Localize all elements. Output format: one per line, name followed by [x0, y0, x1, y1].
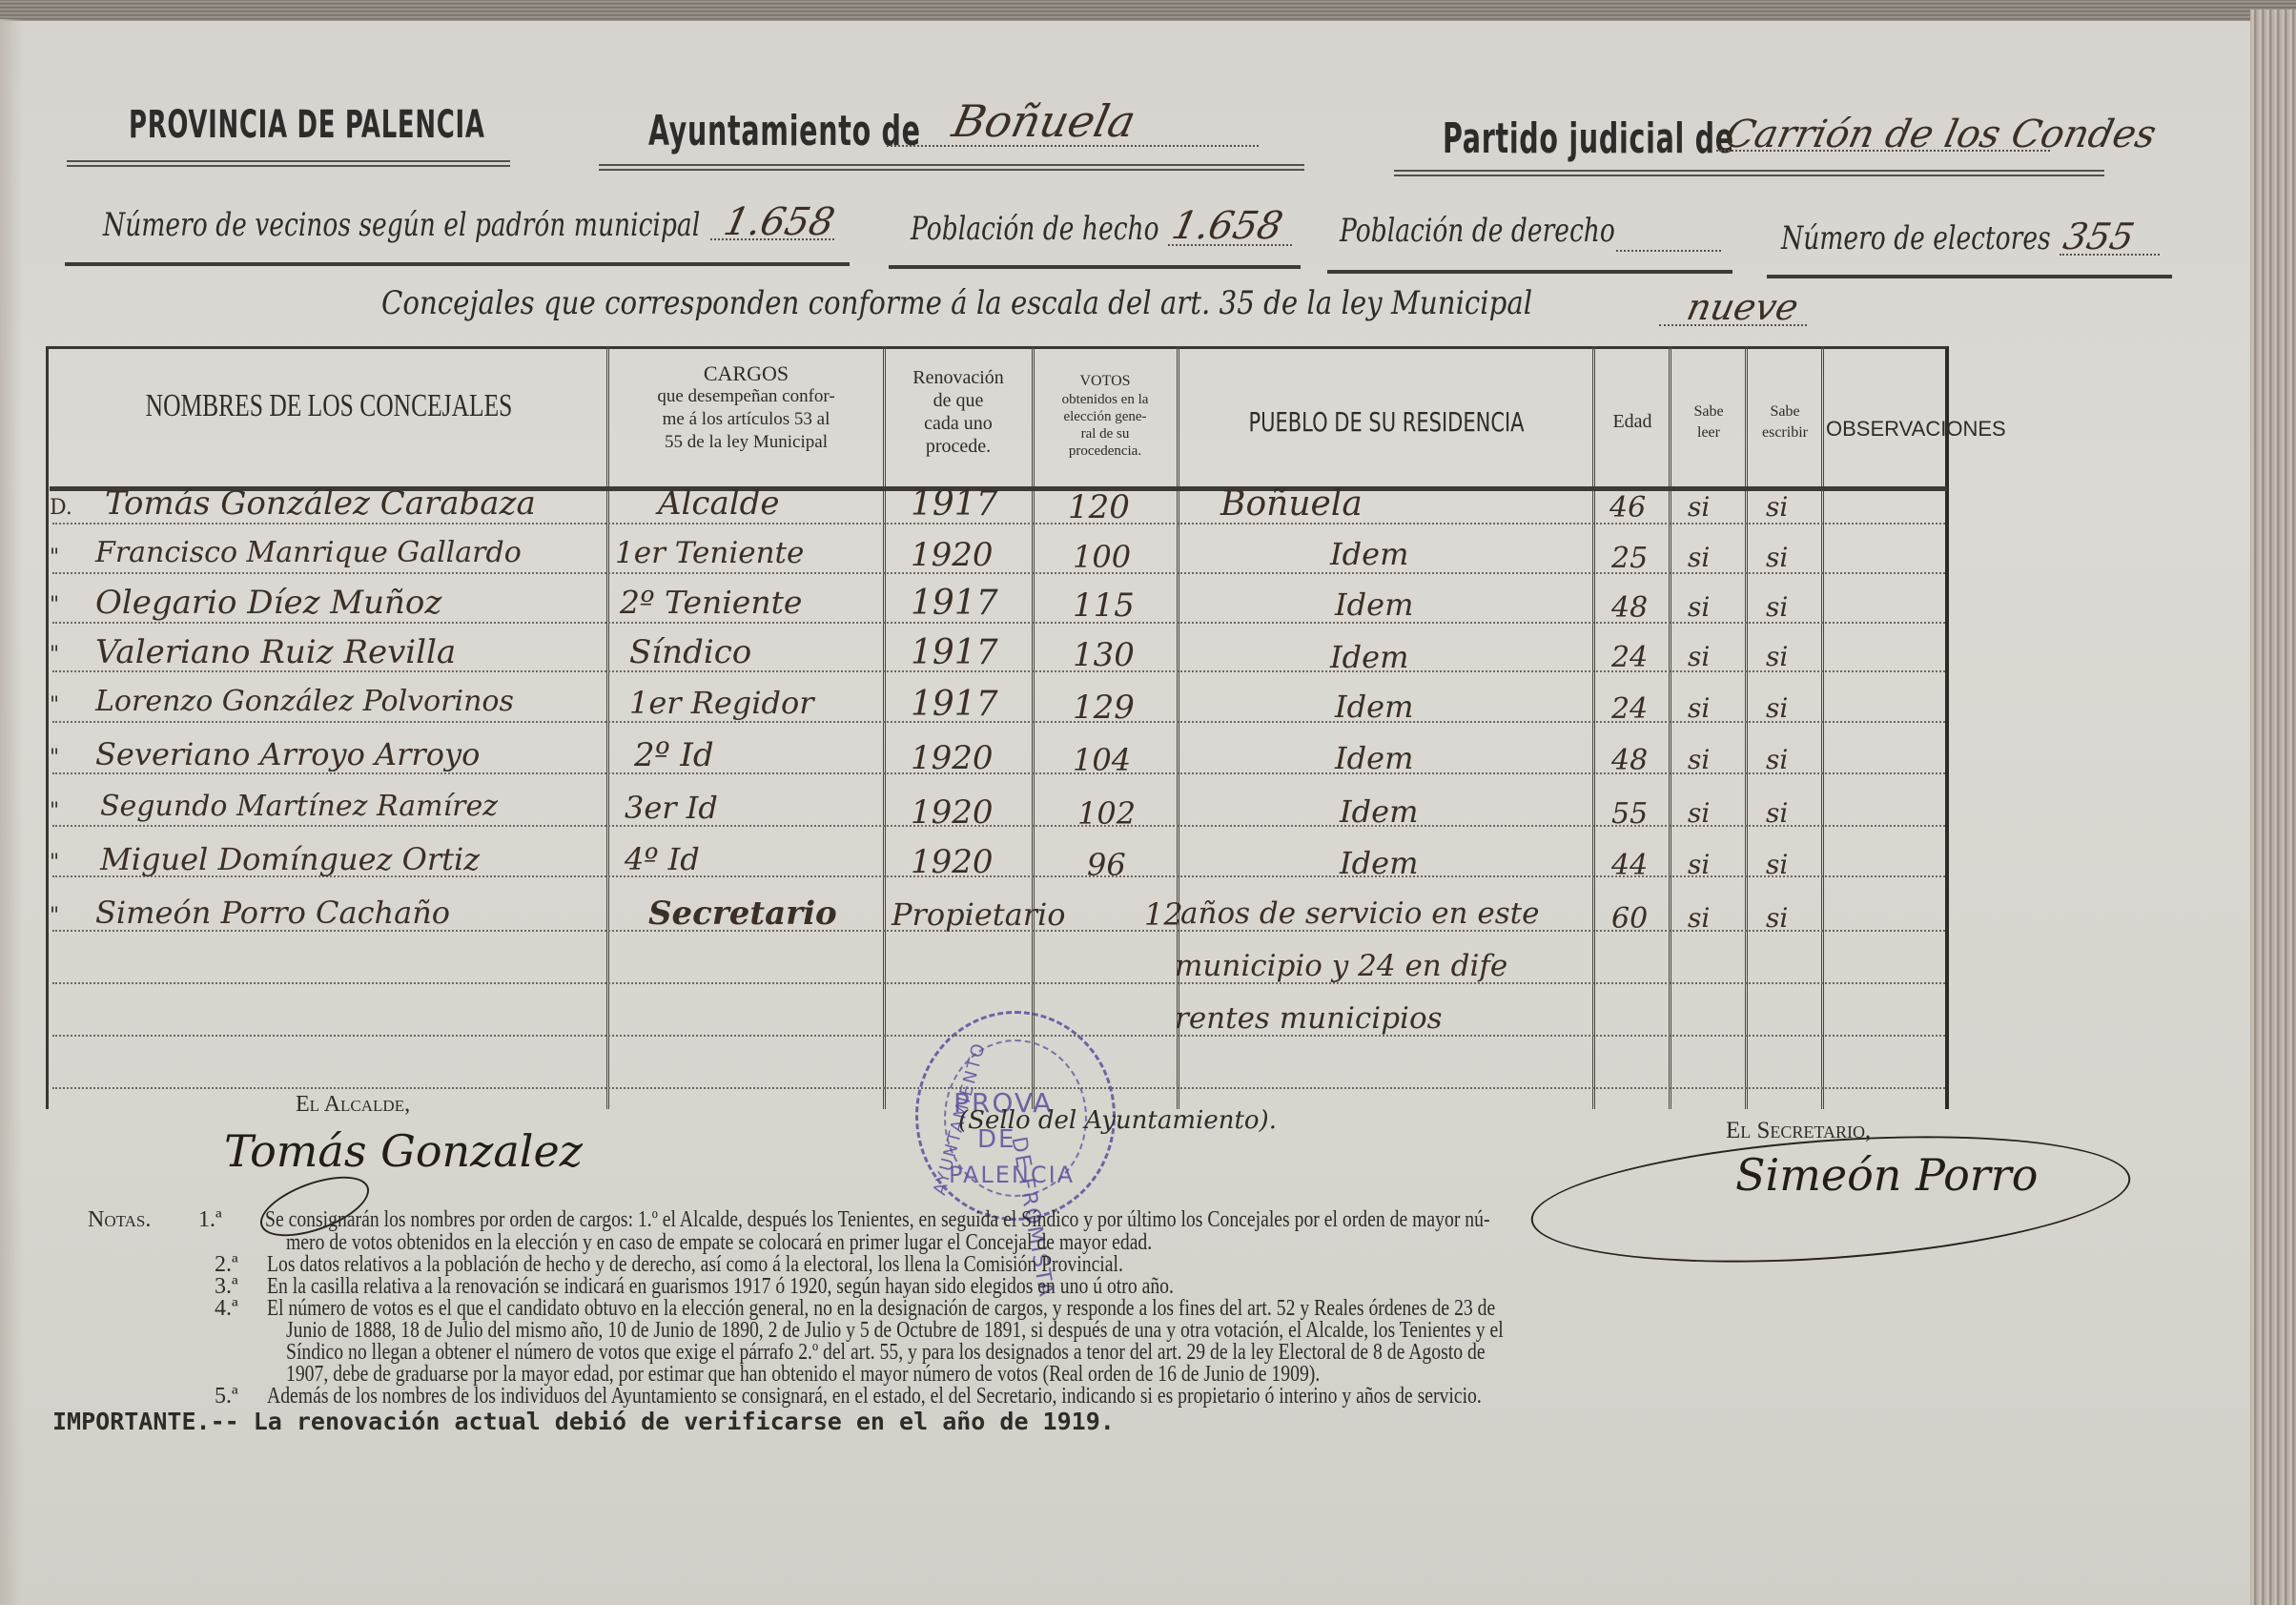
cell-pueblo: Boñuela — [1220, 484, 1363, 524]
note-5-text: Además de los nombres de los individuos … — [267, 1384, 1482, 1410]
cell-pueblo: Idem — [1335, 586, 1413, 623]
note-4-number: 4.ª — [215, 1296, 238, 1322]
cell-renovacion: 1920 — [911, 843, 994, 881]
cell-edad: 48 — [1611, 591, 1648, 625]
cell-edad: 48 — [1611, 744, 1648, 777]
hecho-label: Población de hecho — [911, 210, 1159, 248]
cell-edad: 24 — [1611, 692, 1648, 726]
ditto-mark: " — [50, 746, 59, 770]
cell-cargo: 3er Id — [625, 790, 718, 826]
cell-leer: si — [1688, 692, 1710, 724]
vecinos-rule — [65, 262, 850, 266]
note-1-number: 1.ª — [198, 1207, 222, 1233]
col-divider-renovacion — [883, 346, 886, 1109]
col-divider-observaciones — [1821, 346, 1824, 1109]
row-line — [52, 523, 1945, 525]
alcalde-label: El Alcalde, — [296, 1092, 410, 1118]
cell-escribir: si — [1766, 641, 1788, 672]
derecho-rule — [1327, 270, 1732, 274]
cell-edad: 24 — [1611, 641, 1648, 674]
th-renov-l2: de que — [887, 391, 1030, 411]
th-escribir-l1: Sabe — [1750, 404, 1820, 421]
cell-escribir: si — [1766, 491, 1788, 523]
cell-cargo: Secretario — [648, 895, 837, 933]
cell-nombre: Lorenzo González Polvorinos — [95, 685, 514, 718]
ditto-mark: " — [50, 851, 59, 875]
vecinos-value: 1.658 — [720, 200, 838, 244]
cell-leer: si — [1688, 591, 1710, 623]
cell-pueblo: años de servicio en este — [1180, 896, 1539, 931]
book-page-edges — [2250, 10, 2296, 1605]
cell-renovacion: 1917 — [911, 584, 998, 623]
th-cargos-l3: 55 de la ley Municipal — [610, 433, 882, 452]
cell-pueblo: Idem — [1340, 845, 1418, 881]
cell-votos: 129 — [1073, 689, 1135, 727]
th-edad: Edad — [1597, 412, 1668, 432]
th-nombres: NOMBRES DE LOS CONCEJALES — [125, 389, 533, 423]
sello-label: (Sello del Ayuntamiento). — [958, 1106, 1277, 1135]
th-cargos-l1: que desempeñan confor- — [610, 387, 882, 406]
ditto-mark: " — [50, 545, 59, 569]
cell-cargo: 4º Id — [625, 841, 700, 877]
th-renov-l3: cada uno — [887, 414, 1030, 434]
cell-votos: 96 — [1087, 847, 1126, 883]
th-cargos-title: CARGOS — [610, 362, 882, 384]
cell-leer: si — [1688, 744, 1710, 775]
derecho-dotline — [1616, 250, 1721, 252]
cell-edad: 25 — [1611, 542, 1648, 575]
cell-votos: 130 — [1073, 636, 1135, 674]
ayuntamiento-rule — [599, 164, 1304, 171]
cell-pueblo: Idem — [1335, 689, 1413, 725]
cell-votos: 12 — [1144, 896, 1183, 933]
concejales-table — [46, 346, 1949, 1109]
ayuntamiento-label: Ayuntamiento de — [648, 107, 921, 155]
cell-leer: si — [1688, 849, 1710, 880]
th-leer-l1: Sabe — [1673, 404, 1744, 421]
th-votos-l3: ral de su — [1035, 427, 1175, 442]
col-divider-escribir — [1745, 346, 1748, 1109]
cell-pueblo: Idem — [1335, 740, 1413, 776]
secretario-note-line3: rentes municipios — [1175, 1001, 1443, 1036]
cell-leer: si — [1688, 797, 1710, 829]
concejales-label: Concejales que corresponden conforme á l… — [381, 284, 1532, 322]
important-notice: IMPORTANTE.-- La renovación actual debió… — [52, 1408, 1115, 1435]
hecho-value: 1.658 — [1168, 204, 1286, 248]
th-cargos-l2: me á los artículos 53 al — [610, 410, 882, 429]
col-divider-votos — [1032, 346, 1035, 1109]
cell-escribir: si — [1766, 542, 1788, 573]
ditto-mark: " — [50, 904, 59, 928]
cell-escribir: si — [1766, 744, 1788, 775]
row-line — [52, 721, 1945, 723]
cell-votos: 115 — [1073, 586, 1135, 625]
partido-rule — [1394, 170, 2104, 176]
provincia-rule — [67, 160, 510, 167]
col-divider-pueblo — [1177, 346, 1179, 1109]
electores-value: 355 — [2060, 216, 2138, 257]
cell-leer: si — [1688, 542, 1710, 573]
hecho-rule — [889, 265, 1301, 269]
cell-nombre: Segundo Martínez Ramírez — [100, 790, 498, 823]
note-1-line1: Se consignarán los nombres por orden de … — [265, 1207, 1490, 1233]
cell-renovacion: 1920 — [911, 793, 994, 832]
row-line — [52, 982, 1945, 984]
cell-renovacion: 1917 — [911, 685, 998, 724]
row-line — [52, 572, 1945, 574]
cell-cargo: 2º Teniente — [620, 584, 802, 621]
notes-label: Notas. — [88, 1207, 151, 1233]
col-divider-leer — [1669, 346, 1671, 1109]
cell-nombre: Tomás González Carabaza — [105, 484, 536, 523]
important-label: IMPORTANTE. — [52, 1408, 211, 1435]
electores-rule — [1767, 275, 2172, 278]
th-votos-l4: procedencia. — [1035, 444, 1175, 460]
electores-label: Número de electores — [1781, 219, 2051, 257]
row-line — [52, 622, 1945, 624]
cell-nombre: Francisco Manrique Gallardo — [95, 536, 522, 569]
ditto-mark: " — [50, 643, 59, 667]
cell-leer: si — [1688, 641, 1710, 672]
cell-edad: 60 — [1611, 902, 1648, 936]
cell-cargo: Síndico — [629, 633, 751, 671]
cell-renovacion: 1917 — [911, 484, 998, 524]
secretario-note-line2: municipio y 24 en dife — [1175, 949, 1507, 983]
derecho-label: Población de derecho — [1340, 212, 1615, 250]
alcalde-signature: Tomás Gonzalez — [224, 1125, 583, 1177]
ayuntamiento-value: Boñuela — [948, 95, 1140, 147]
th-leer-l2: leer — [1673, 425, 1744, 442]
note-5-number: 5.ª — [215, 1384, 238, 1410]
cell-edad: 46 — [1609, 491, 1646, 525]
cell-nombre: Miguel Domínguez Ortiz — [100, 841, 480, 877]
cell-leer: si — [1688, 491, 1710, 523]
cell-escribir: si — [1766, 849, 1788, 880]
cell-votos: 120 — [1068, 488, 1130, 526]
cell-votos: 100 — [1073, 539, 1131, 575]
partido-label: Partido judicial de — [1443, 114, 1734, 163]
concejales-value: nueve — [1683, 286, 1802, 328]
cell-pueblo: Idem — [1330, 536, 1408, 572]
th-observaciones: OBSERVACIONES — [1826, 418, 1945, 440]
cell-renovacion: 1917 — [911, 633, 998, 672]
cell-votos: 102 — [1077, 795, 1136, 832]
col-divider-cargos — [606, 346, 609, 1109]
cell-nombre: Valeriano Ruiz Revilla — [95, 633, 456, 671]
cell-pueblo: Idem — [1340, 793, 1418, 830]
cell-escribir: si — [1766, 797, 1788, 829]
cell-pueblo: Idem — [1330, 639, 1408, 675]
important-text: -- La renovación actual debió de verific… — [211, 1408, 1115, 1435]
th-escribir-l2: escribir — [1750, 425, 1820, 442]
cell-escribir: si — [1766, 692, 1788, 724]
binding-shadow — [0, 19, 23, 1605]
row-line — [52, 825, 1945, 827]
th-pueblo: PUEBLO DE SU RESIDENCIA — [1234, 408, 1540, 436]
cell-leer: si — [1688, 902, 1710, 934]
cell-cargo: 1er Teniente — [615, 536, 804, 570]
partido-value: Carrión de los Condes — [1721, 113, 2160, 156]
vecinos-label: Número de vecinos según el padrón munici… — [103, 206, 700, 244]
ditto-mark: D. — [50, 496, 72, 520]
provincia-title: PROVINCIA DE PALENCIA — [129, 103, 485, 147]
th-votos-l2: elección gene- — [1035, 410, 1175, 425]
cell-renovacion: Propietario — [892, 896, 1065, 933]
cell-cargo: Alcalde — [658, 484, 780, 523]
cell-nombre: Severiano Arroyo Arroyo — [95, 736, 480, 772]
cell-escribir: si — [1766, 591, 1788, 623]
cell-cargo: 2º Id — [634, 736, 714, 774]
cell-nombre: Simeón Porro Cachaño — [95, 895, 450, 931]
book-top-edge — [0, 0, 2296, 21]
th-votos-l1: obtenidos en la — [1035, 393, 1175, 408]
cell-escribir: si — [1766, 902, 1788, 934]
cell-votos: 104 — [1073, 742, 1131, 778]
col-divider-edad — [1592, 346, 1595, 1109]
th-votos-title: VOTOS — [1035, 374, 1175, 390]
th-renov-l4: procede. — [887, 437, 1030, 457]
row-line — [52, 772, 1945, 774]
cell-renovacion: 1920 — [911, 536, 994, 574]
ditto-mark: " — [50, 799, 59, 823]
cell-renovacion: 1920 — [911, 739, 994, 777]
cell-edad: 44 — [1611, 849, 1648, 882]
cell-cargo: 1er Regidor — [629, 685, 814, 721]
ditto-mark: " — [50, 693, 59, 717]
cell-edad: 55 — [1611, 797, 1648, 831]
cell-nombre: Olegario Díez Muñoz — [95, 584, 441, 622]
th-renov-l1: Renovación — [887, 368, 1030, 388]
ditto-mark: " — [50, 593, 59, 617]
